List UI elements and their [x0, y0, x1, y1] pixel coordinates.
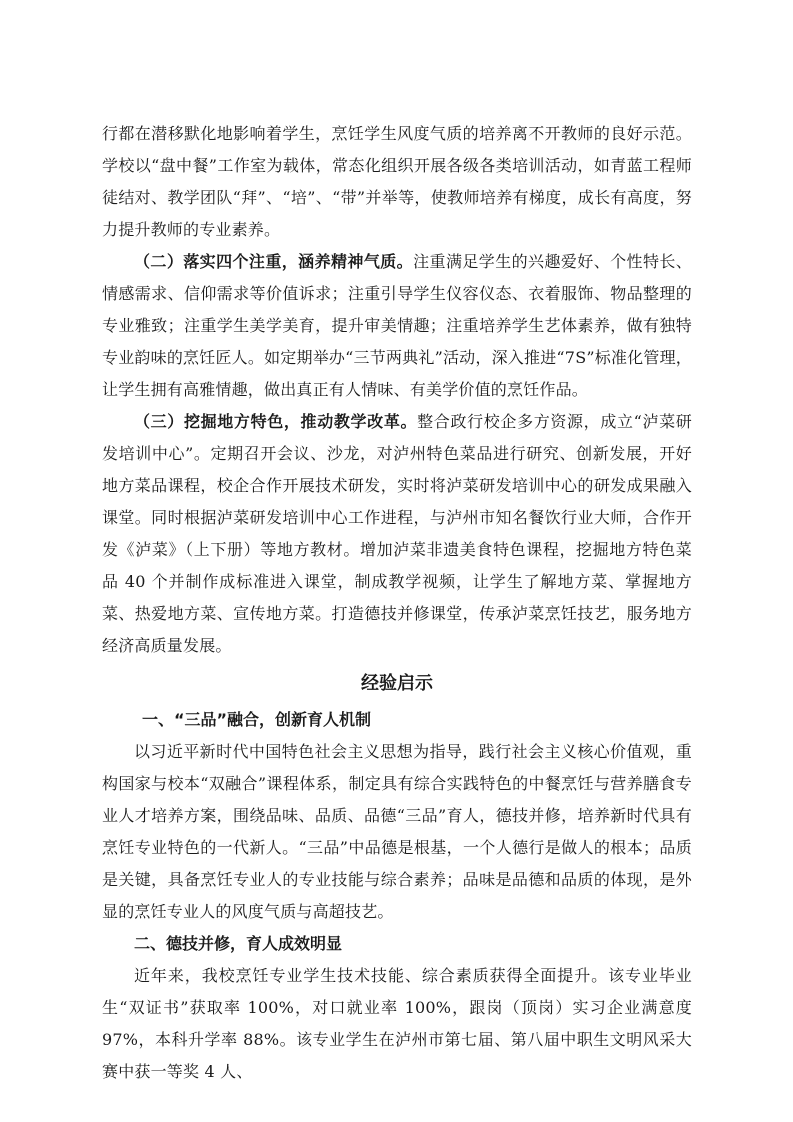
paragraph-section-three: （三）挖掘地方特色，推动教学改革。整合政行校企多方资源，成立“泸菜研发培训中心”… — [102, 406, 692, 662]
paragraph-continuation: 行都在潜移默化地影响着学生，烹饪学生风度气质的培养离不开教师的良好示范。学校以“… — [102, 118, 692, 246]
section-three-lead: （三）挖掘地方特色，推动教学改革。 — [134, 412, 417, 431]
section-two-lead: （二）落实四个注重，涵养精神气质。 — [134, 252, 413, 271]
section-two-body: 注重满足学生的兴趣爱好、个性特长、情感需求、信仰需求等价值诉求；注重引导学生仪容… — [102, 252, 692, 399]
paragraph-experience-two: 近年来，我校烹饪专业学生技术技能、综合素质获得全面提升。该专业毕业生“双证书”获… — [102, 960, 692, 1088]
experience-two-heading: 二、德技并修，育人成效明显 — [102, 928, 692, 960]
paragraph-section-two: （二）落实四个注重，涵养精神气质。注重满足学生的兴趣爱好、个性特长、情感需求、信… — [102, 246, 692, 406]
document-page: 行都在潜移默化地影响着学生，烹饪学生风度气质的培养离不开教师的良好示范。学校以“… — [102, 118, 692, 1088]
section-three-body: 整合政行校企多方资源，成立“泸菜研发培训中心”。定期召开会议、沙龙，对泸州特色菜… — [102, 412, 692, 655]
experience-one-heading: 一、“三品”融合，创新育人机制 — [102, 704, 692, 736]
paragraph-experience-one: 以习近平新时代中国特色社会主义思想为指导，践行社会主义核心价值观，重构国家与校本… — [102, 736, 692, 928]
experience-heading: 经验启示 — [102, 666, 692, 702]
